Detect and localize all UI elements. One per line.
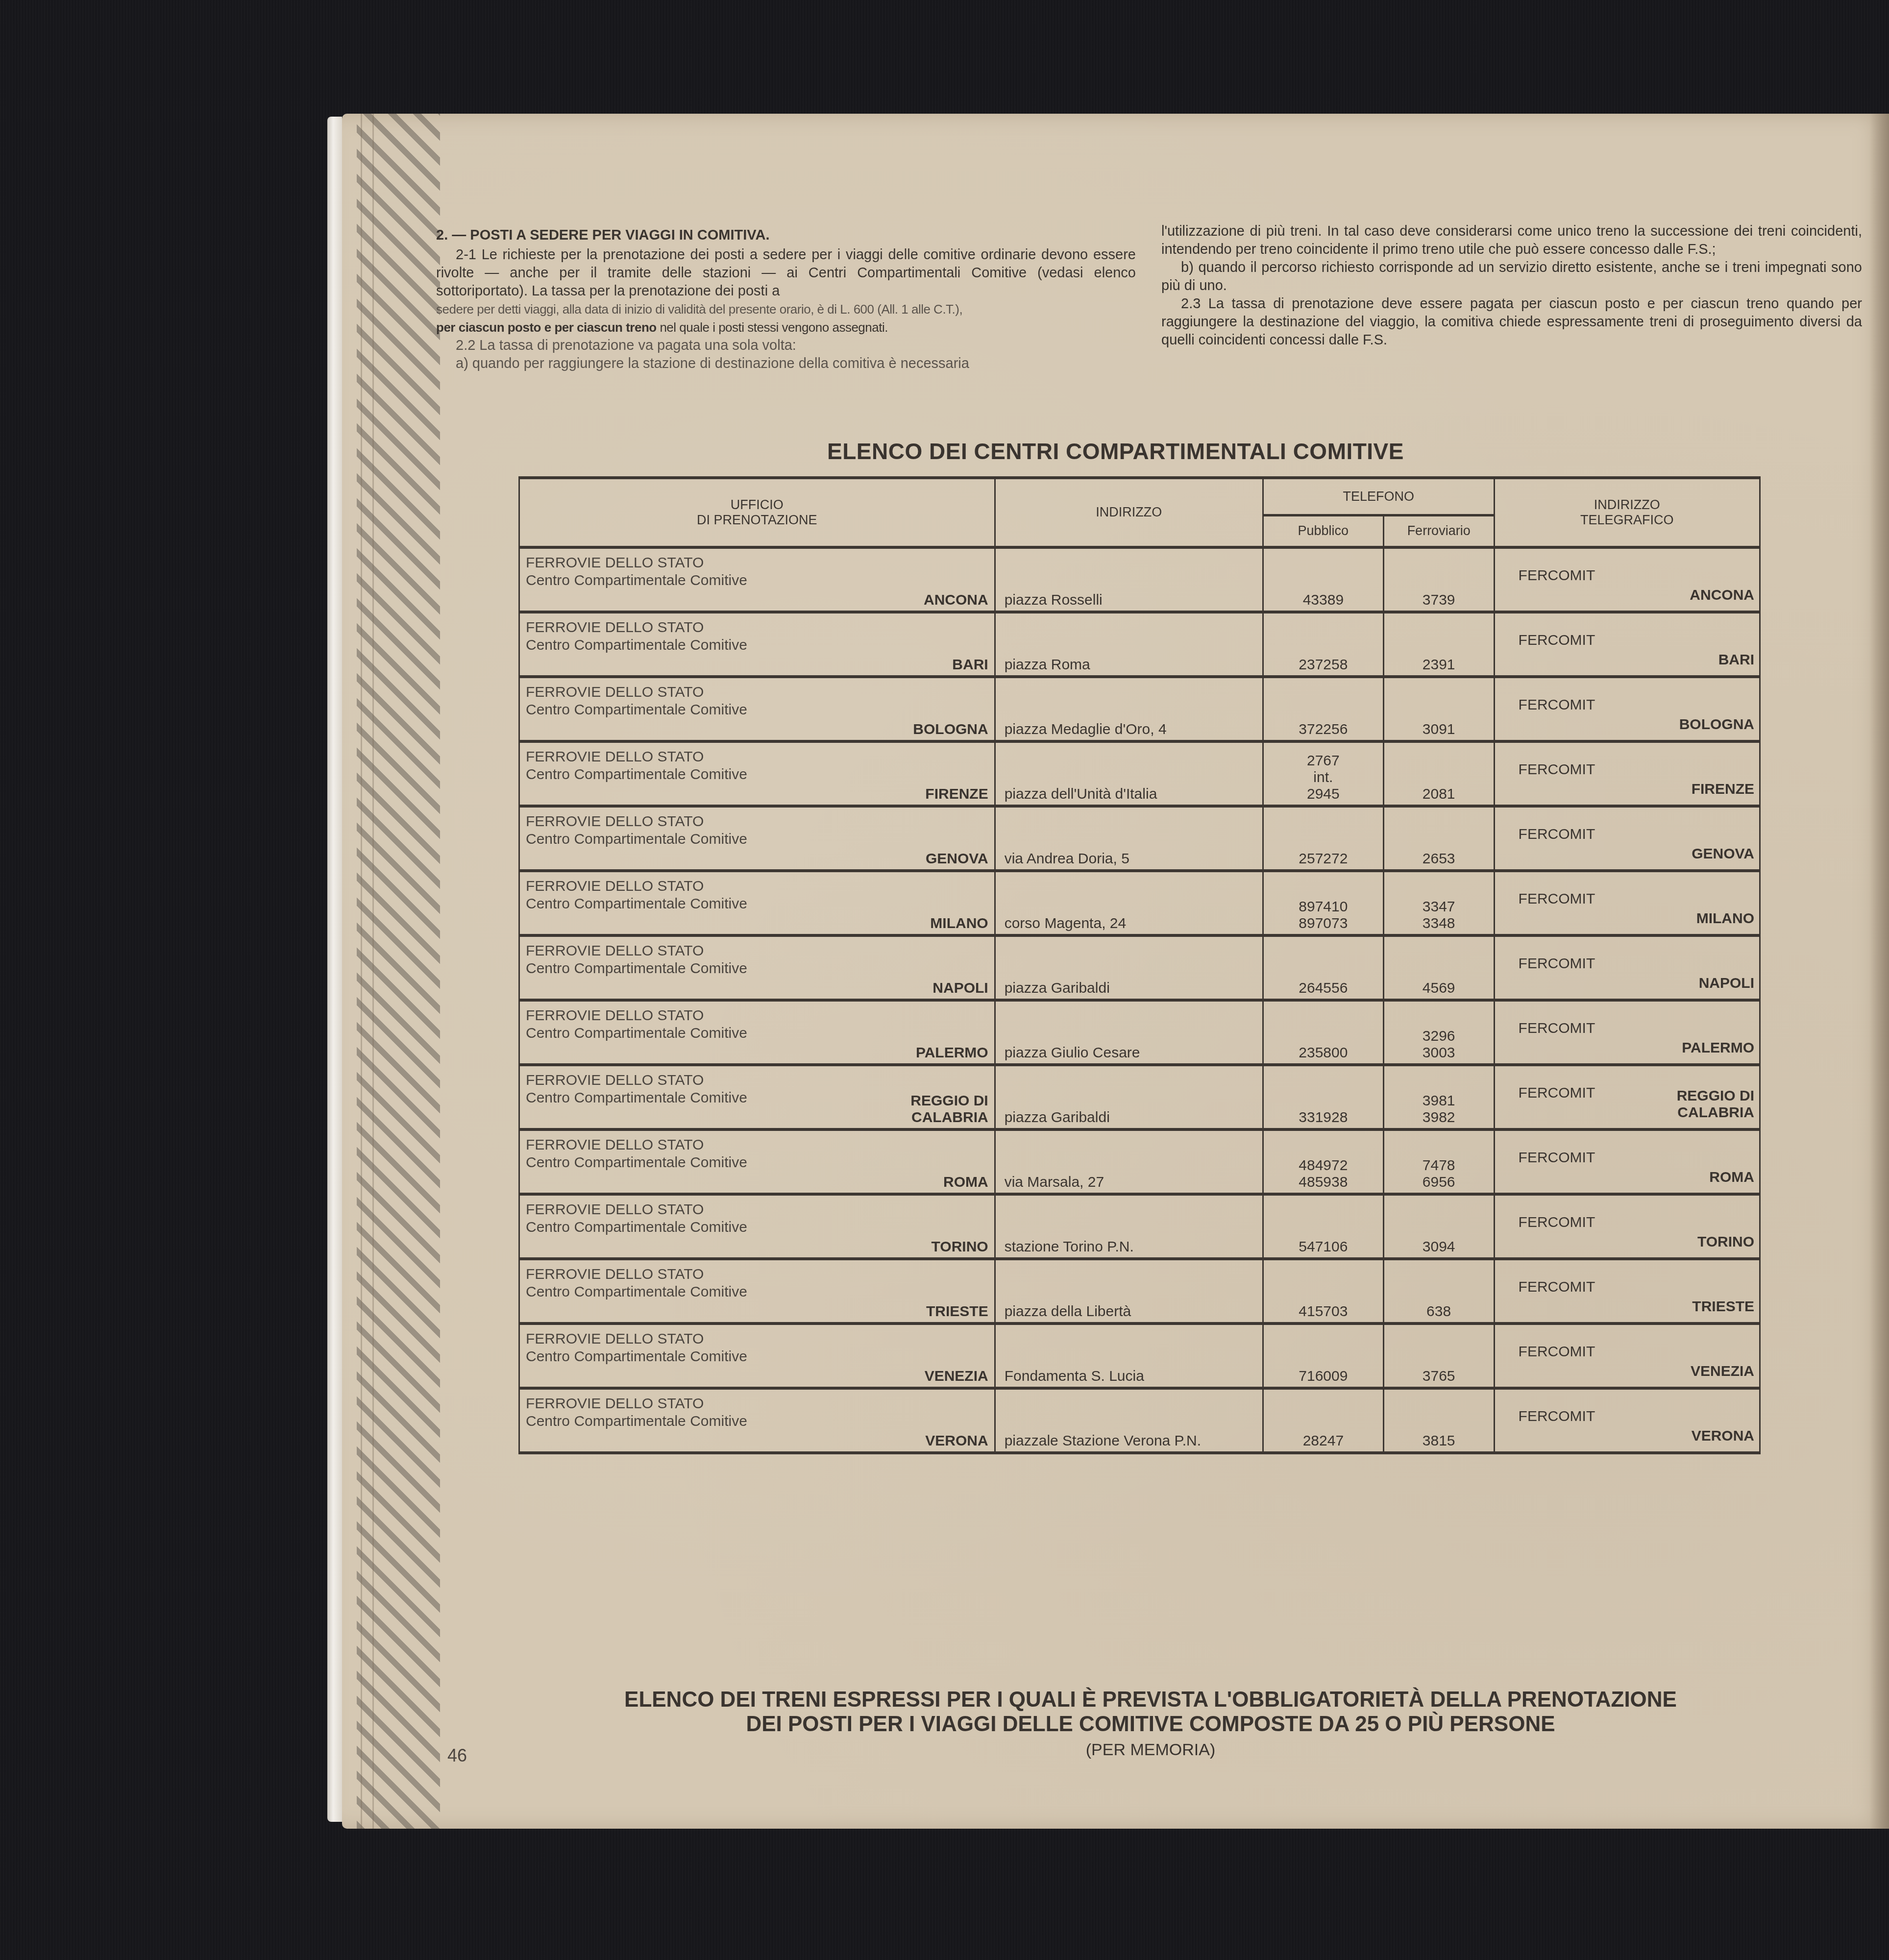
paragraph-2-2: 2.2 La tassa di prenotazione va pagata u… xyxy=(436,337,1136,355)
phone-rail: 2653 xyxy=(1384,851,1494,867)
table-row: FERROVIE DELLO STATO Centro Compartiment… xyxy=(519,806,1760,871)
ufficio-cell: FERROVIE DELLO STATO Centro Compartiment… xyxy=(519,547,995,612)
org-name: FERROVIE DELLO STATO xyxy=(526,1201,704,1218)
city-name: TORINO xyxy=(932,1239,988,1255)
address-cell: stazione Torino P.N. xyxy=(995,1194,1263,1259)
phone-rail: 638 xyxy=(1384,1303,1494,1320)
header-telegrafico-line1: INDIRIZZO xyxy=(1495,497,1759,513)
address-cell: via Marsala, 27 xyxy=(995,1129,1263,1194)
telegraph-city: NAPOLI xyxy=(1699,975,1754,992)
org-center: Centro Compartimentale Comitive xyxy=(526,1025,747,1042)
phone-public-cell: 547106 xyxy=(1263,1194,1383,1259)
table-row: FERROVIE DELLO STATO Centro Compartiment… xyxy=(519,1323,1760,1388)
telegraph-city: FIRENZE xyxy=(1692,781,1754,798)
table-row: FERROVIE DELLO STATO Centro Compartiment… xyxy=(519,677,1760,741)
phone-public: 415703 xyxy=(1264,1303,1383,1320)
city-name: NAPOLI xyxy=(932,980,988,997)
ufficio-cell: FERROVIE DELLO STATO Centro Compartiment… xyxy=(519,1194,995,1259)
address-cell: Fondamenta S. Lucia xyxy=(995,1323,1263,1388)
org-center: Centro Compartimentale Comitive xyxy=(526,1284,747,1300)
phone-rail: 3094 xyxy=(1384,1239,1494,1255)
telegraph-code: FERCOMIT xyxy=(1519,761,1595,778)
telegraph-city: VERONA xyxy=(1692,1428,1754,1445)
address-text: piazza Garibaldi xyxy=(1005,1109,1110,1126)
paragraph-2-2-a-cont: l'utilizzazione di più treni. In tal cas… xyxy=(1161,222,1862,259)
city-name: BOLOGNA xyxy=(913,721,988,738)
header-ufficio: UFFICIO DI PRENOTAZIONE xyxy=(519,478,995,547)
telegraph-city: BARI xyxy=(1718,652,1754,668)
telegraph-city: REGGIO DICALABRIA xyxy=(1677,1088,1754,1121)
org-center: Centro Compartimentale Comitive xyxy=(526,1348,747,1365)
phone-rail: 3091 xyxy=(1384,721,1494,738)
org-center: Centro Compartimentale Comitive xyxy=(526,960,747,977)
binding-line xyxy=(372,114,374,1829)
telegraph-city: BOLOGNA xyxy=(1679,716,1754,733)
telegraph-code: FERCOMIT xyxy=(1519,955,1595,972)
city-name: GENOVA xyxy=(926,851,988,867)
org-center: Centro Compartimentale Comitive xyxy=(526,702,747,718)
phone-public-cell: 331928 xyxy=(1263,1065,1383,1129)
telegraph-code: FERCOMIT xyxy=(1519,567,1595,584)
org-name: FERROVIE DELLO STATO xyxy=(526,1396,704,1412)
phone-rail-cell: 3765 xyxy=(1383,1323,1494,1388)
phone-public-cell: 257272 xyxy=(1263,806,1383,871)
org-center: Centro Compartimentale Comitive xyxy=(526,1413,747,1430)
address-cell: piazzale Stazione Verona P.N. xyxy=(995,1388,1263,1453)
phone-public: 28247 xyxy=(1264,1433,1383,1449)
city-name: BARI xyxy=(952,657,988,673)
org-name: FERROVIE DELLO STATO xyxy=(526,878,704,895)
telegraph-code: FERCOMIT xyxy=(1519,1344,1595,1360)
city-name: TRIESTE xyxy=(926,1303,988,1320)
city-name: ROMA xyxy=(943,1174,988,1191)
address-cell: piazza Garibaldi xyxy=(995,1065,1263,1129)
phone-rail: 4569 xyxy=(1384,980,1494,997)
paragraph-2-1-tail: nel quale i posti stessi vengono assegna… xyxy=(660,320,888,335)
org-center: Centro Compartimentale Comitive xyxy=(526,1154,747,1171)
table-title: ELENCO DEI CENTRI COMPARTIMENTALI COMITI… xyxy=(342,438,1889,465)
phone-rail: 2081 xyxy=(1384,786,1494,803)
telegraph-city: ROMA xyxy=(1709,1169,1754,1186)
ufficio-cell: FERROVIE DELLO STATO Centro Compartiment… xyxy=(519,806,995,871)
table-row: FERROVIE DELLO STATO Centro Compartiment… xyxy=(519,547,1760,612)
phone-public-cell: 2767int.2945 xyxy=(1263,741,1383,806)
org-name: FERROVIE DELLO STATO xyxy=(526,619,704,636)
header-ferroviario: Ferroviario xyxy=(1383,515,1494,547)
city-name: REGGIO DICALABRIA xyxy=(910,1093,988,1126)
org-name: FERROVIE DELLO STATO xyxy=(526,1007,704,1024)
org-name: FERROVIE DELLO STATO xyxy=(526,943,704,959)
table-row: FERROVIE DELLO STATO Centro Compartiment… xyxy=(519,1000,1760,1065)
telegraph-cell: FERCOMIT MILANO xyxy=(1494,871,1760,935)
address-cell: via Andrea Doria, 5 xyxy=(995,806,1263,871)
org-center: Centro Compartimentale Comitive xyxy=(526,572,747,589)
page-curl-shadow xyxy=(1869,114,1889,1829)
header-telegrafico-line2: TELEGRAFICO xyxy=(1495,513,1759,528)
express-trains-title: ELENCO DEI TRENI ESPRESSI PER I QUALI È … xyxy=(518,1688,1783,1737)
telegraph-cell: FERCOMIT VENEZIA xyxy=(1494,1323,1760,1388)
telegraph-cell: FERCOMIT BOLOGNA xyxy=(1494,677,1760,741)
org-name: FERROVIE DELLO STATO xyxy=(526,555,704,571)
section-title: 2. — POSTI A SEDERE PER VIAGGI IN COMITI… xyxy=(436,227,770,244)
phone-public-cell: 235800 xyxy=(1263,1000,1383,1065)
phone-public: 547106 xyxy=(1264,1239,1383,1255)
org-center: Centro Compartimentale Comitive xyxy=(526,896,747,912)
phone-rail-cell: 39813982 xyxy=(1383,1065,1494,1129)
table-row: FERROVIE DELLO STATO Centro Compartiment… xyxy=(519,935,1760,1000)
address-text: corso Magenta, 24 xyxy=(1005,915,1126,932)
page-edge xyxy=(327,117,342,1822)
telegraph-cell: FERCOMIT GENOVA xyxy=(1494,806,1760,871)
table-row: FERROVIE DELLO STATO Centro Compartiment… xyxy=(519,1129,1760,1194)
telegraph-cell: FERCOMIT ANCONA xyxy=(1494,547,1760,612)
ufficio-cell: FERROVIE DELLO STATO Centro Compartiment… xyxy=(519,1388,995,1453)
phone-rail-cell: 3815 xyxy=(1383,1388,1494,1453)
city-name: MILANO xyxy=(930,915,988,932)
table-row: FERROVIE DELLO STATO Centro Compartiment… xyxy=(519,1259,1760,1323)
org-name: FERROVIE DELLO STATO xyxy=(526,1072,704,1089)
address-text: piazza Garibaldi xyxy=(1005,980,1110,997)
phone-rail-cell: 2653 xyxy=(1383,806,1494,871)
city-name: FIRENZE xyxy=(925,786,988,803)
telegraph-cell: FERCOMIT FIRENZE xyxy=(1494,741,1760,806)
phone-rail-cell: 638 xyxy=(1383,1259,1494,1323)
table-row: FERROVIE DELLO STATO Centro Compartiment… xyxy=(519,612,1760,677)
express-trains-title-line2: DEI POSTI PER I VIAGGI DELLE COMITIVE CO… xyxy=(518,1712,1783,1737)
telegraph-cell: FERCOMIT NAPOLI xyxy=(1494,935,1760,1000)
address-text: stazione Torino P.N. xyxy=(1005,1239,1134,1255)
phone-public: 43389 xyxy=(1264,592,1383,609)
paragraph-2-2-b: b) quando il percorso richiesto corrispo… xyxy=(1161,259,1862,295)
binding-line xyxy=(361,114,362,1829)
org-center: Centro Compartimentale Comitive xyxy=(526,831,747,848)
org-center: Centro Compartimentale Comitive xyxy=(526,1090,747,1106)
phone-rail: 74786956 xyxy=(1384,1157,1494,1191)
binding-hatch xyxy=(357,114,440,1829)
table-row: FERROVIE DELLO STATO Centro Compartiment… xyxy=(519,741,1760,806)
phone-rail: 3815 xyxy=(1384,1433,1494,1449)
ufficio-cell: FERROVIE DELLO STATO Centro Compartiment… xyxy=(519,935,995,1000)
header-telegrafico: INDIRIZZO TELEGRAFICO xyxy=(1494,478,1760,547)
header-telefono: TELEFONO xyxy=(1263,478,1494,515)
phone-public-cell: 897410897073 xyxy=(1263,871,1383,935)
phone-public: 264556 xyxy=(1264,980,1383,997)
header-ufficio-line2: DI PRENOTAZIONE xyxy=(520,513,994,528)
phone-public: 716009 xyxy=(1264,1368,1383,1385)
org-name: FERROVIE DELLO STATO xyxy=(526,684,704,701)
address-text: piazza dell'Unità d'Italia xyxy=(1005,786,1157,803)
ufficio-cell: FERROVIE DELLO STATO Centro Compartiment… xyxy=(519,1129,995,1194)
table-row: FERROVIE DELLO STATO Centro Compartiment… xyxy=(519,871,1760,935)
org-name: FERROVIE DELLO STATO xyxy=(526,1331,704,1347)
org-name: FERROVIE DELLO STATO xyxy=(526,813,704,830)
ufficio-cell: FERROVIE DELLO STATO Centro Compartiment… xyxy=(519,677,995,741)
phone-public: 331928 xyxy=(1264,1109,1383,1126)
address-text: piazza Rosselli xyxy=(1005,592,1103,609)
org-name: FERROVIE DELLO STATO xyxy=(526,1266,704,1283)
ufficio-cell: FERROVIE DELLO STATO Centro Compartiment… xyxy=(519,871,995,935)
telegraph-code: FERCOMIT xyxy=(1519,632,1595,649)
address-text: piazza Medaglie d'Oro, 4 xyxy=(1005,721,1167,738)
telegraph-code: FERCOMIT xyxy=(1519,1150,1595,1166)
telegraph-cell: FERCOMIT TORINO xyxy=(1494,1194,1760,1259)
table-row: FERROVIE DELLO STATO Centro Compartiment… xyxy=(519,1194,1760,1259)
phone-public: 237258 xyxy=(1264,657,1383,673)
phone-rail-cell: 3091 xyxy=(1383,677,1494,741)
document-page: 2. — POSTI A SEDERE PER VIAGGI IN COMITI… xyxy=(342,114,1889,1829)
telegraph-city: MILANO xyxy=(1696,910,1754,927)
table-row: FERROVIE DELLO STATO Centro Compartiment… xyxy=(519,1388,1760,1453)
header-indirizzo: INDIRIZZO xyxy=(995,478,1263,547)
bold-phrase: per ciascun posto e per ciascun treno xyxy=(436,320,657,335)
address-cell: piazza Giulio Cesare xyxy=(995,1000,1263,1065)
org-name: FERROVIE DELLO STATO xyxy=(526,749,704,765)
address-text: via Andrea Doria, 5 xyxy=(1005,851,1129,867)
address-text: piazza Roma xyxy=(1005,657,1090,673)
telegraph-cell: FERCOMIT REGGIO DICALABRIA xyxy=(1494,1065,1760,1129)
page-number: 46 xyxy=(447,1745,467,1766)
city-name: VERONA xyxy=(925,1433,988,1449)
org-center: Centro Compartimentale Comitive xyxy=(526,1219,747,1236)
telegraph-cell: FERCOMIT BARI xyxy=(1494,612,1760,677)
right-column-text: l'utilizzazione di più treni. In tal cas… xyxy=(1161,222,1862,349)
phone-public-cell: 716009 xyxy=(1263,1323,1383,1388)
org-center: Centro Compartimentale Comitive xyxy=(526,637,747,654)
address-text: piazza Giulio Cesare xyxy=(1005,1045,1140,1061)
phone-rail: 32963003 xyxy=(1384,1028,1494,1061)
phone-public-cell: 43389 xyxy=(1263,547,1383,612)
phone-rail: 33473348 xyxy=(1384,899,1494,932)
telegraph-code: FERCOMIT xyxy=(1519,1279,1595,1296)
phone-rail-cell: 3739 xyxy=(1383,547,1494,612)
org-name: FERROVIE DELLO STATO xyxy=(526,1137,704,1153)
telegraph-city: TORINO xyxy=(1697,1234,1754,1250)
address-cell: piazza della Libertà xyxy=(995,1259,1263,1323)
city-name: PALERMO xyxy=(916,1045,988,1061)
phone-public-cell: 237258 xyxy=(1263,612,1383,677)
org-center: Centro Compartimentale Comitive xyxy=(526,766,747,783)
phone-public-cell: 484972485938 xyxy=(1263,1129,1383,1194)
phone-rail-cell: 32963003 xyxy=(1383,1000,1494,1065)
header-pubblico: Pubblico xyxy=(1263,515,1383,547)
ufficio-cell: FERROVIE DELLO STATO Centro Compartiment… xyxy=(519,1259,995,1323)
telegraph-code: FERCOMIT xyxy=(1519,1214,1595,1231)
express-trains-subtitle: (PER MEMORIA) xyxy=(518,1740,1783,1760)
phone-rail-cell: 3094 xyxy=(1383,1194,1494,1259)
telegraph-code: FERCOMIT xyxy=(1519,826,1595,843)
ufficio-cell: FERROVIE DELLO STATO Centro Compartiment… xyxy=(519,1000,995,1065)
city-name: VENEZIA xyxy=(925,1368,988,1385)
phone-public-cell: 264556 xyxy=(1263,935,1383,1000)
phone-public-cell: 372256 xyxy=(1263,677,1383,741)
paragraph-2-3: 2.3 La tassa di prenotazione deve essere… xyxy=(1161,295,1862,349)
address-cell: piazza Roma xyxy=(995,612,1263,677)
phone-rail-cell: 2391 xyxy=(1383,612,1494,677)
centers-table: UFFICIO DI PRENOTAZIONE INDIRIZZO TELEFO… xyxy=(518,476,1761,1454)
ufficio-cell: FERROVIE DELLO STATO Centro Compartiment… xyxy=(519,612,995,677)
address-text: piazza della Libertà xyxy=(1005,1303,1131,1320)
telegraph-city: VENEZIA xyxy=(1691,1363,1754,1380)
express-trains-title-line1: ELENCO DEI TRENI ESPRESSI PER I QUALI È … xyxy=(518,1688,1783,1712)
telegraph-cell: FERCOMIT PALERMO xyxy=(1494,1000,1760,1065)
phone-rail: 39813982 xyxy=(1384,1093,1494,1126)
telegraph-city: TRIESTE xyxy=(1692,1298,1754,1315)
phone-public: 372256 xyxy=(1264,721,1383,738)
address-text: Fondamenta S. Lucia xyxy=(1005,1368,1144,1385)
telegraph-code: FERCOMIT xyxy=(1519,891,1595,907)
telegraph-city: ANCONA xyxy=(1690,587,1754,604)
left-column-text: 2-1 Le richieste per la prenotazione dei… xyxy=(436,246,1136,373)
address-cell: piazza Garibaldi xyxy=(995,935,1263,1000)
phone-rail-cell: 74786956 xyxy=(1383,1129,1494,1194)
header-ufficio-line1: UFFICIO xyxy=(520,497,994,513)
address-cell: corso Magenta, 24 xyxy=(995,871,1263,935)
telegraph-code: FERCOMIT xyxy=(1519,697,1595,713)
address-cell: piazza dell'Unità d'Italia xyxy=(995,741,1263,806)
phone-rail-cell: 2081 xyxy=(1383,741,1494,806)
telegraph-code: FERCOMIT xyxy=(1519,1408,1595,1425)
telegraph-code: FERCOMIT xyxy=(1519,1020,1595,1037)
phone-public-cell: 28247 xyxy=(1263,1388,1383,1453)
phone-rail: 3739 xyxy=(1384,592,1494,609)
telegraph-cell: FERCOMIT ROMA xyxy=(1494,1129,1760,1194)
phone-rail-cell: 4569 xyxy=(1383,935,1494,1000)
telegraph-city: GENOVA xyxy=(1692,846,1754,862)
phone-rail: 3765 xyxy=(1384,1368,1494,1385)
city-name: ANCONA xyxy=(924,592,988,609)
paragraph-2-1-end: per ciascun posto e per ciascun treno ne… xyxy=(436,318,1136,337)
phone-public: 897410897073 xyxy=(1264,899,1383,932)
phone-public-cell: 415703 xyxy=(1263,1259,1383,1323)
phone-rail: 2391 xyxy=(1384,657,1494,673)
address-text: via Marsala, 27 xyxy=(1005,1174,1104,1191)
phone-public: 257272 xyxy=(1264,851,1383,867)
paragraph-2-1: 2-1 Le richieste per la prenotazione dei… xyxy=(436,246,1136,300)
address-cell: piazza Rosselli xyxy=(995,547,1263,612)
ufficio-cell: FERROVIE DELLO STATO Centro Compartiment… xyxy=(519,1065,995,1129)
phone-public: 2767int.2945 xyxy=(1264,753,1383,803)
ufficio-cell: FERROVIE DELLO STATO Centro Compartiment… xyxy=(519,1323,995,1388)
paragraph-2-2-a: a) quando per raggiungere la stazione di… xyxy=(436,355,1136,373)
address-cell: piazza Medaglie d'Oro, 4 xyxy=(995,677,1263,741)
telegraph-city: PALERMO xyxy=(1682,1040,1754,1056)
table-row: FERROVIE DELLO STATO Centro Compartiment… xyxy=(519,1065,1760,1129)
telegraph-code: FERCOMIT xyxy=(1519,1085,1595,1102)
address-text: piazzale Stazione Verona P.N. xyxy=(1005,1433,1201,1449)
paragraph-2-1-cont: sedere per detti viaggi, alla data di in… xyxy=(436,300,1136,318)
telegraph-cell: FERCOMIT VERONA xyxy=(1494,1388,1760,1453)
phone-public: 235800 xyxy=(1264,1045,1383,1061)
ufficio-cell: FERROVIE DELLO STATO Centro Compartiment… xyxy=(519,741,995,806)
phone-public: 484972485938 xyxy=(1264,1157,1383,1191)
telegraph-cell: FERCOMIT TRIESTE xyxy=(1494,1259,1760,1323)
phone-rail-cell: 33473348 xyxy=(1383,871,1494,935)
